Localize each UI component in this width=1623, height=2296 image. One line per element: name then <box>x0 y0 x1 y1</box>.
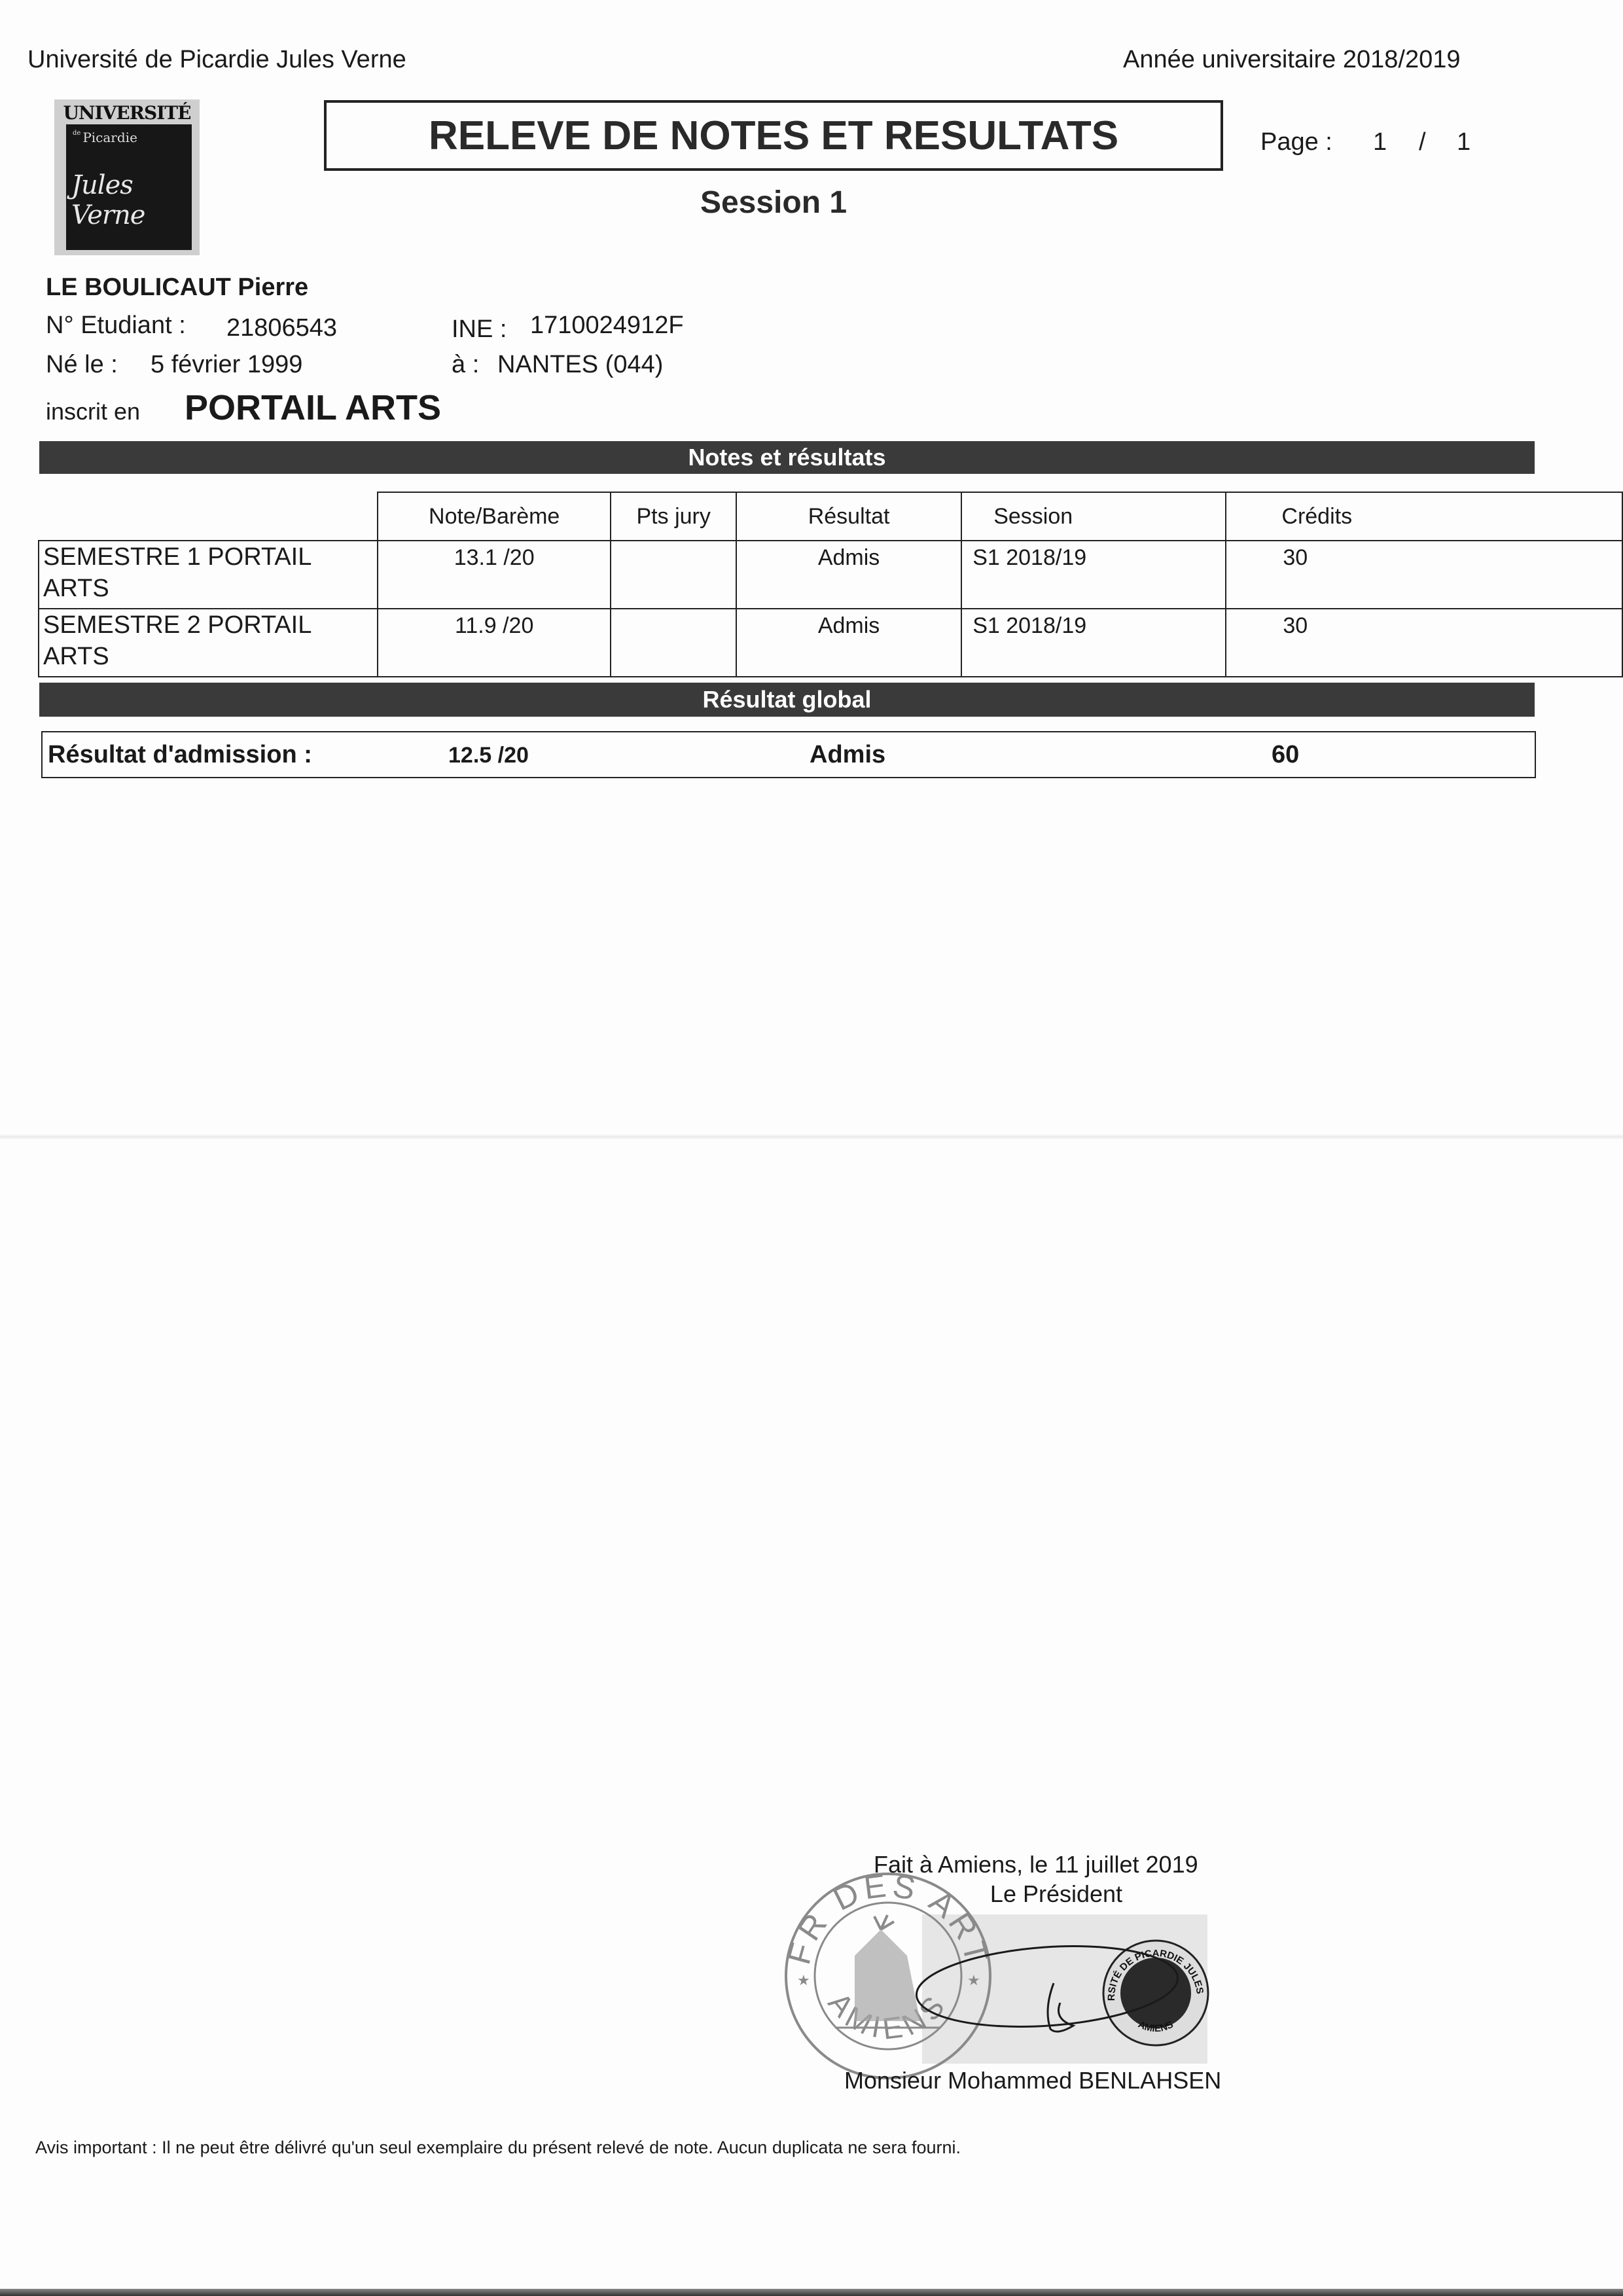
university-logo: UNIVERSITÉ dePicardie Jules Verne <box>54 99 200 255</box>
course-session: S1 2018/19 <box>961 609 1226 677</box>
admission-result-box: Résultat d'admission : 12.5 /20 Admis 60 <box>41 731 1536 778</box>
section-header-grades: Notes et résultats <box>39 441 1535 474</box>
program-name: PORTAIL ARTS <box>185 387 441 428</box>
document-title: RELEVE DE NOTES ET RESULTATS <box>429 113 1118 159</box>
important-notice: Avis important : Il ne peut être délivré… <box>35 2138 961 2158</box>
course-jury-points <box>611 541 736 609</box>
logo-subtitle: dePicardie <box>73 130 137 145</box>
student-number-label: N° Etudiant : <box>46 312 186 340</box>
logo-picardie: Picardie <box>82 130 137 145</box>
course-name: SEMESTRE 1 PORTAIL ARTS <box>39 541 378 609</box>
course-grade: 11.9 /20 <box>378 609 611 677</box>
table-row: SEMESTRE 1 PORTAIL ARTS 13.1 /20 Admis S… <box>39 541 1622 609</box>
course-credits: 30 <box>1226 609 1622 677</box>
column-header-credits: Crédits <box>1226 492 1622 541</box>
birth-place-label: à : <box>452 351 479 379</box>
handwritten-signature-icon <box>910 1937 1185 2055</box>
column-header-jury-points: Pts jury <box>611 492 736 541</box>
enrolled-label: inscrit en <box>46 398 140 425</box>
column-header-course <box>39 492 378 541</box>
section-header-global-result: Résultat global <box>39 683 1535 717</box>
column-header-session: Session <box>961 492 1226 541</box>
course-name: SEMESTRE 2 PORTAIL ARTS <box>39 609 378 677</box>
birth-place: NANTES (044) <box>497 351 663 379</box>
student-number: 21806543 <box>226 314 337 342</box>
page-separator: / <box>1419 128 1426 156</box>
page-total: 1 <box>1457 128 1471 156</box>
grades-table: Note/Barème Pts jury Résultat Session Cr… <box>38 492 1623 677</box>
admission-credits: 60 <box>1272 741 1299 769</box>
admission-label: Résultat d'admission : <box>48 741 312 769</box>
logo-signature: Jules Verne <box>71 170 192 230</box>
scan-edge <box>0 2289 1623 2296</box>
signer-name: Monsieur Mohammed BENLAHSEN <box>844 2067 1221 2094</box>
university-name: Université de Picardie Jules Verne <box>27 46 406 74</box>
column-header-result: Résultat <box>736 492 961 541</box>
course-grade: 13.1 /20 <box>378 541 611 609</box>
column-header-grade: Note/Barème <box>378 492 611 541</box>
birth-date-label: Né le : <box>46 351 118 379</box>
page-current: 1 <box>1373 128 1387 156</box>
course-session: S1 2018/19 <box>961 541 1226 609</box>
student-name: LE BOULICAUT Pierre <box>46 274 308 302</box>
ine-number: 1710024912F <box>530 312 684 340</box>
page-label: Page : <box>1260 128 1332 156</box>
logo-title: UNIVERSITÉ <box>57 103 197 123</box>
course-jury-points <box>611 609 736 677</box>
admission-result: Admis <box>810 741 885 769</box>
place-and-date: Fait à Amiens, le 11 juillet 2019 <box>874 1851 1198 1878</box>
ine-label: INE : <box>452 315 507 344</box>
svg-text:★: ★ <box>797 1972 810 1988</box>
table-header-row: Note/Barème Pts jury Résultat Session Cr… <box>39 492 1622 541</box>
logo-panel: dePicardie Jules Verne <box>66 124 192 250</box>
course-result: Admis <box>736 609 961 677</box>
document-title-box: RELEVE DE NOTES ET RESULTATS <box>324 100 1223 171</box>
course-credits: 30 <box>1226 541 1622 609</box>
admission-grade: 12.5 /20 <box>448 743 529 768</box>
signer-role: Le Président <box>990 1880 1122 1908</box>
birth-date: 5 février 1999 <box>151 351 302 379</box>
session-title: Session 1 <box>324 185 1223 221</box>
paper-fold-line <box>0 1134 1623 1139</box>
course-result: Admis <box>736 541 961 609</box>
logo-de: de <box>73 130 80 137</box>
academic-year: Année universitaire 2018/2019 <box>1123 46 1461 74</box>
table-row: SEMESTRE 2 PORTAIL ARTS 11.9 /20 Admis S… <box>39 609 1622 677</box>
